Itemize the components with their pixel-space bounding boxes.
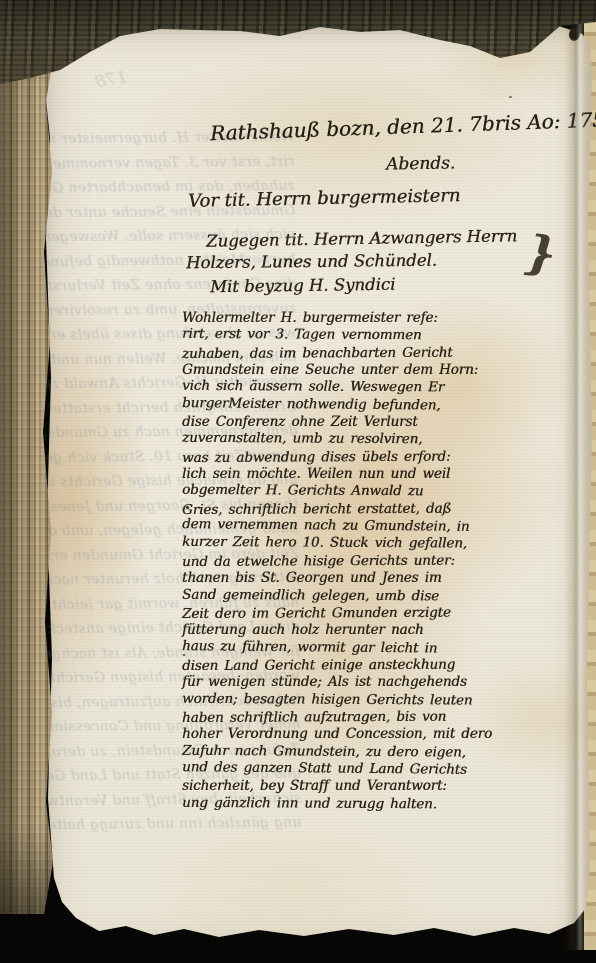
body-text-line: hoher Verordnung und Concession, mit der… xyxy=(182,726,584,743)
header-time: Abends. xyxy=(386,153,456,174)
body-text-line: burgerMeister nothwendig befunden, xyxy=(182,395,584,416)
body-text-line: obgemelter H. Gerichts Anwald zu xyxy=(182,482,584,502)
body-text-line: haben schriftlich aufzutragen, bis von xyxy=(182,708,584,727)
ink-speck xyxy=(186,506,189,509)
body-text-line: sicherheit, bey Straff und Verantwort: xyxy=(182,778,584,795)
body-text-line: thanen bis St. Georgen und Jenes im xyxy=(182,570,584,587)
body-text-line: ung gänzlich inn und zurugg halten. xyxy=(182,794,584,814)
body-text-line: rirt, erst vor 3. Tagen vernommen xyxy=(182,326,584,346)
body-text-line: Zeit dero im Gericht Gmunden erzigte xyxy=(182,604,584,623)
body-text-line: Gmundstein eine Seuche unter dem Horn: xyxy=(182,362,584,379)
syndic-line: Mit beyzug H. Syndici xyxy=(210,275,396,297)
ink-speck xyxy=(183,654,185,656)
bleedthrough-line: rirt, erst vor 3. Tagen vernommen xyxy=(43,149,295,176)
page-crease-shadow xyxy=(564,18,586,950)
manuscript-scan: Wohlermelter H. burgermeister refe:rirt,… xyxy=(0,0,596,963)
body-text-line: worden; besagten hisigen Gerichts leuten xyxy=(182,690,584,710)
body-text-line: dise Conferenz ohne Zeit Verlurst xyxy=(182,414,584,431)
body-text-line: kurzer Zeit hero 10. Stuck vich gefallen… xyxy=(182,534,584,554)
body-text-line: Wohlermelter H. burgermeister refe: xyxy=(182,310,584,327)
body-text-line: was zu abwendung dises übels erford: xyxy=(182,448,584,467)
brace-flourish: } xyxy=(523,225,558,282)
ink-speck xyxy=(509,96,512,98)
body-text-line: fütterung auch holz herunter nach xyxy=(182,622,584,639)
body-text-line: Sand gemeindlich gelegen, umb dise xyxy=(182,586,584,606)
body-text-line: zuveranstalten, umb zu resolviren, xyxy=(182,430,584,450)
body-text-line: disen Land Gericht einige ansteckhung xyxy=(182,656,584,675)
body-text-line: für wenigen stünde; Als ist nachgehends xyxy=(182,674,584,691)
body-text-line: und des ganzen Statt und Land Gerichts xyxy=(182,759,584,780)
body-text-line: und da etwelche hisige Gerichts unter: xyxy=(182,552,584,571)
attendee-line: Holzers, Lunes und Schündel. xyxy=(186,251,437,273)
bleedthrough-line: ung gänzlich inn und zurugg halten. xyxy=(49,811,301,838)
body-text: Wohlermelter H. burgermeister refe:rirt,… xyxy=(182,310,584,813)
body-text-line: zuhaben, das im benachbarten Gericht xyxy=(182,344,584,363)
body-text-line: lich sein möchte. Weilen nun und weil xyxy=(182,466,584,483)
